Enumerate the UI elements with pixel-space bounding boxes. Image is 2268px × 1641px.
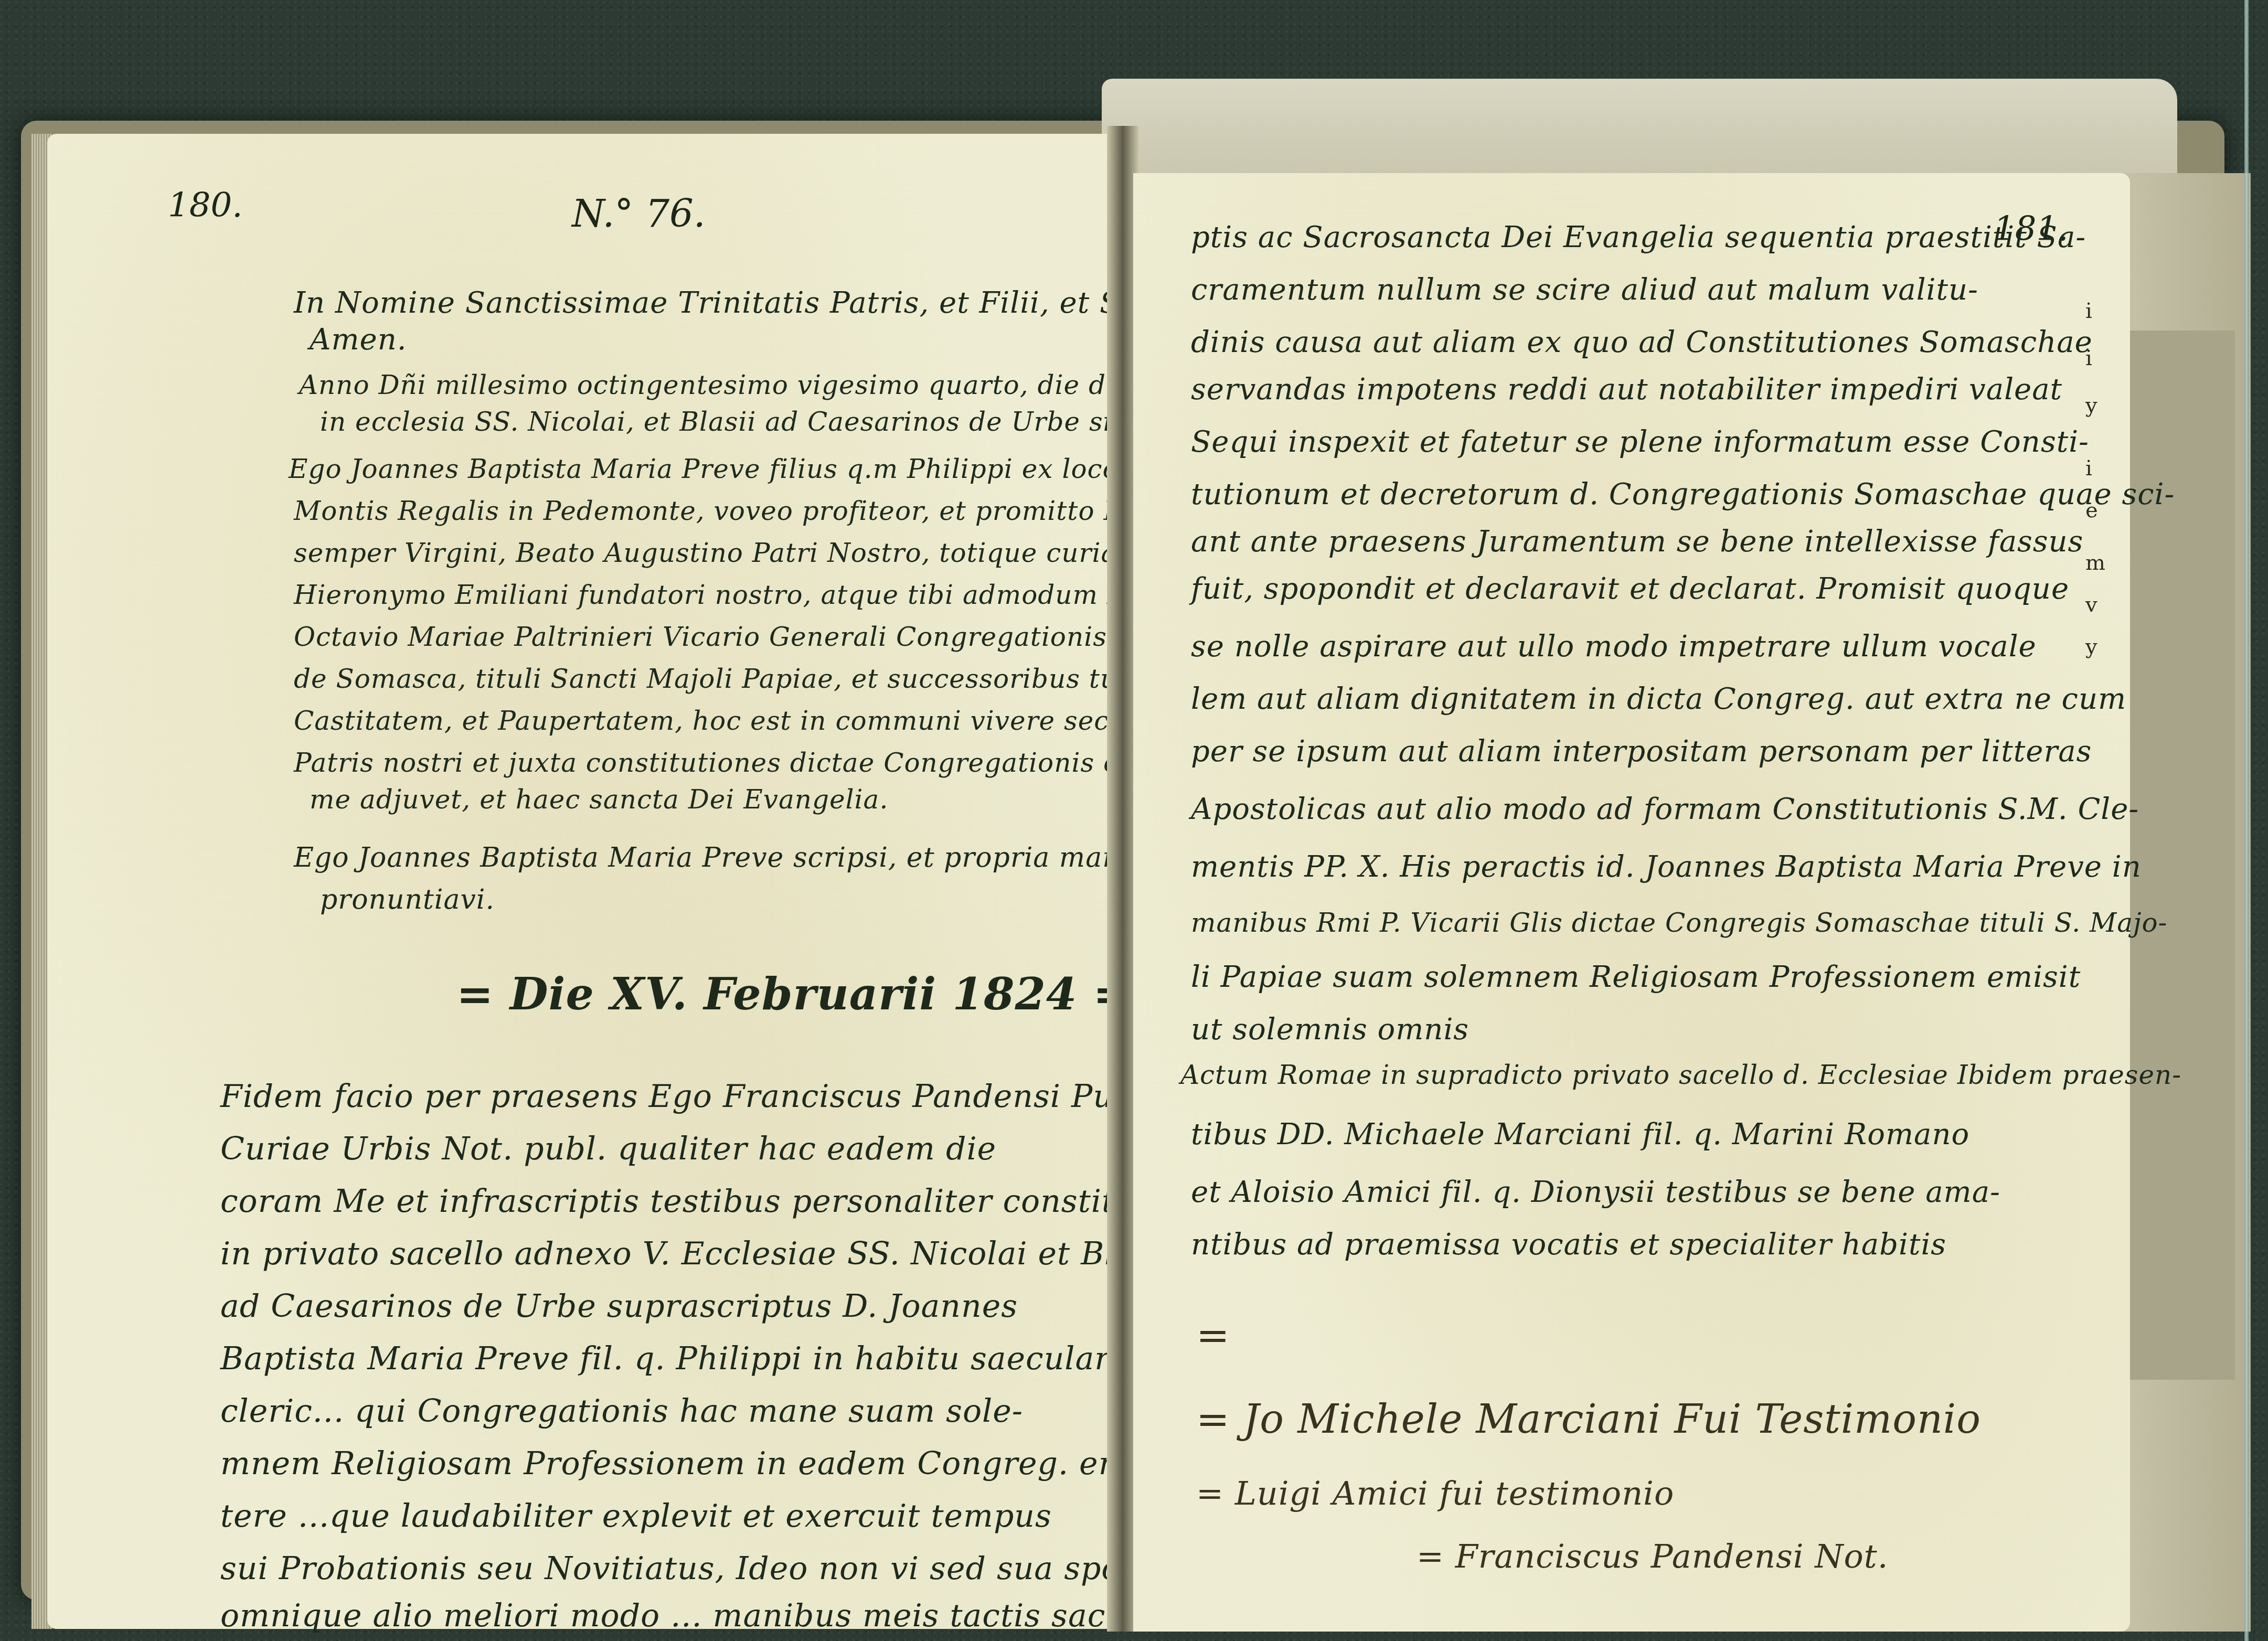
continuation-line: mentis PP. X. His peractis id. Joannes B… <box>1191 850 2142 884</box>
book-edge-strip <box>2120 173 2251 1632</box>
continuation-line: fuit, spopondit et declaravit et declara… <box>1191 572 2069 606</box>
continuation-line: ant ante praesens Juramentum se bene int… <box>1191 525 2083 559</box>
actum-line: Actum Romae in supradicto privato sacell… <box>1180 1060 2181 1090</box>
continuation-line: se nolle aspirare aut ullo modo impetrar… <box>1191 630 2037 664</box>
attestation-line: sui Probationis seu Novitiatus, Ideo non… <box>220 1550 1174 1587</box>
notary-signature-pandensi: = Franciscus Pandensi Not. <box>1417 1537 1888 1575</box>
invocation-line: Amen. <box>310 323 407 357</box>
continuation-line: lem aut aliam dignitatem in dicta Congre… <box>1191 682 2126 716</box>
witness-signature-marciani: = Jo Michele Marciani Fui Testimonio <box>1196 1395 1981 1442</box>
attestation-line: tere ...que laudabiliter explevit et exe… <box>220 1498 1052 1535</box>
cover-flap <box>1102 79 2177 184</box>
entry-number: N.° 76. <box>572 191 706 236</box>
continuation-line: tutionum et decretorum d. Congregationis… <box>1191 477 2175 512</box>
continuation-line: ut solemnis omnis <box>1191 1013 1469 1047</box>
right-page: 181. ptis ac Sacrosancta Dei Evangelia s… <box>1133 173 2130 1632</box>
attestation-line: coram Me et infrascriptis testibus perso… <box>220 1183 1186 1220</box>
attestation-line: ad Caesarinos de Urbe suprascriptus D. J… <box>220 1288 1018 1325</box>
attestation-line: in privato sacello adnexo V. Ecclesiae S… <box>220 1235 1173 1272</box>
witness-signature-amici: = Luigi Amici fui testimonio <box>1196 1474 1674 1512</box>
margin-mark: i <box>2085 456 2092 481</box>
margin-mark: i <box>2085 346 2092 370</box>
margin-mark: e <box>2085 498 2098 523</box>
continuation-line: cramentum nullum se scire aliud aut malu… <box>1191 273 1978 307</box>
signature-separator: = <box>1196 1312 1230 1358</box>
continuation-line: dinis causa aut aliam ex quo ad Constitu… <box>1191 325 2093 359</box>
actum-line: et Aloisio Amici fil. q. Dionysii testib… <box>1191 1175 2000 1209</box>
continuation-line: ptis ac Sacrosancta Dei Evangelia sequen… <box>1191 220 2086 254</box>
continuation-line: manibus Rmi P. Vicarii Glis dictae Congr… <box>1191 908 2167 938</box>
subscription-line: pronuntiavi. <box>320 884 495 915</box>
attestation-line: mnem Religiosam Professionem in eadem Co… <box>220 1445 1164 1482</box>
actum-line: tibus DD. Michaele Marciani fil. q. Mari… <box>1191 1117 1969 1152</box>
margin-mark: i <box>2085 299 2092 323</box>
profession-line: me adjuvet, et haec sancta Dei Evangelia… <box>310 784 888 815</box>
attestation-line: Curiae Urbis Not. publ. qualiter hac ead… <box>220 1131 996 1167</box>
continuation-line: li Papiae suam solemnem Religiosam Profe… <box>1191 960 2081 994</box>
attestation-line: Baptista Maria Preve fil. q. Philippi in… <box>220 1340 1121 1377</box>
glass-plate-edge <box>2244 0 2249 1641</box>
folio-number: 180. <box>168 186 243 225</box>
continuation-line: Sequi inspexit et fatetur se plene infor… <box>1191 425 2089 459</box>
attestation-line: Fidem facio per praesens Ego Franciscus … <box>220 1078 1156 1115</box>
continuation-line: per se ipsum aut aliam interpositam pers… <box>1191 734 2092 769</box>
attestation-line: cleric... qui Congregationis hac mane su… <box>220 1393 1023 1430</box>
continuation-line: servandas impotens reddi aut notabiliter… <box>1191 372 2062 407</box>
date-heading: = Die XV. Februarii 1824 = <box>456 968 1131 1020</box>
margin-mark: v <box>2085 593 2097 617</box>
attestation-line: omnique alio meliori modo ... manibus me… <box>220 1597 1143 1634</box>
continuation-line: Apostolicas aut alio modo ad formam Cons… <box>1191 792 2139 826</box>
margin-mark: y <box>2085 635 2097 659</box>
left-page: 180. N.° 76. In Nomine Sanctissimae Trin… <box>47 134 1112 1629</box>
margin-mark: y <box>2085 393 2097 418</box>
margin-mark: m <box>2085 551 2105 575</box>
actum-line: ntibus ad praemissa vocatis et specialit… <box>1191 1228 1946 1262</box>
